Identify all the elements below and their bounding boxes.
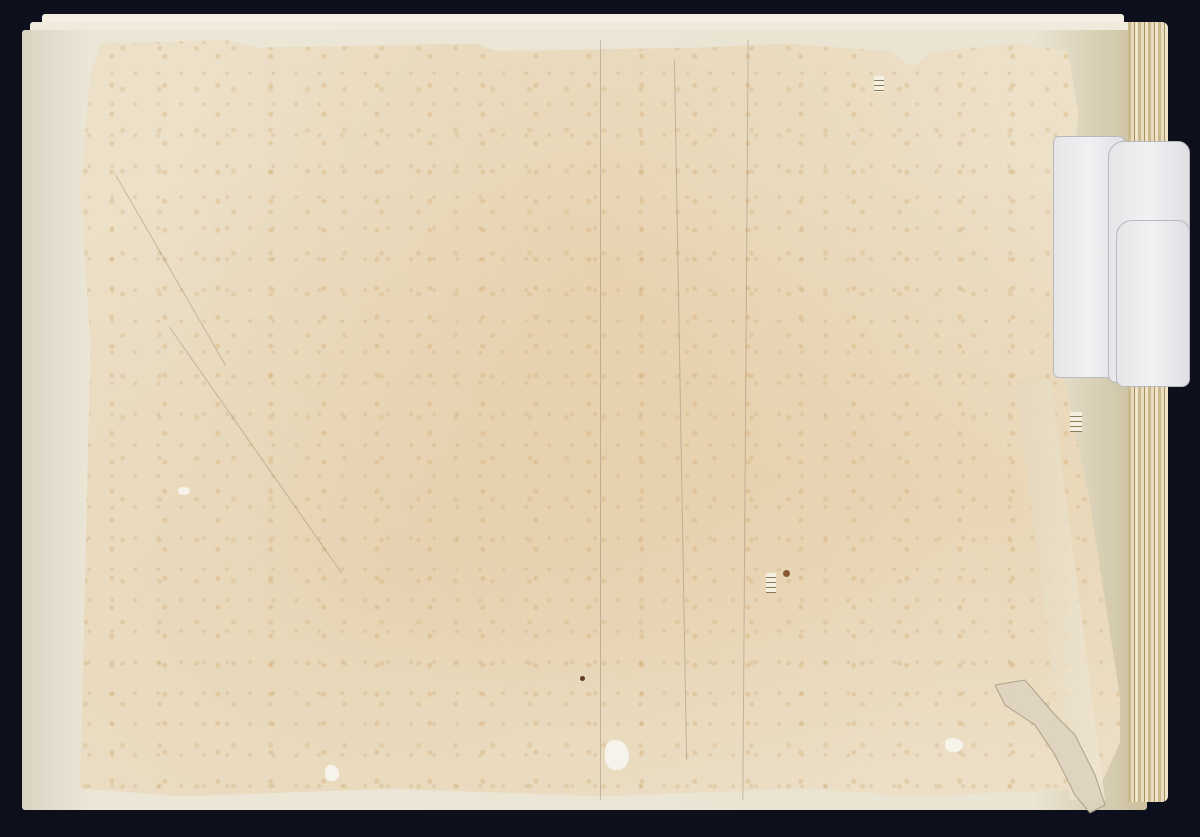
paper-hole xyxy=(178,487,190,495)
stitch-mark xyxy=(1070,412,1082,432)
torn-flap xyxy=(995,675,1115,815)
stain-spot xyxy=(783,570,790,577)
stain-spot xyxy=(580,676,585,681)
stitch-mark xyxy=(766,573,776,593)
paper-hole xyxy=(605,740,629,770)
folded-tab xyxy=(1116,220,1190,387)
book-spine-edge xyxy=(1128,22,1168,802)
paper-hole xyxy=(945,738,963,752)
document-photo xyxy=(0,0,1200,837)
paper-hole xyxy=(325,765,339,781)
paper-crease xyxy=(600,40,601,800)
stitch-mark xyxy=(874,76,884,92)
